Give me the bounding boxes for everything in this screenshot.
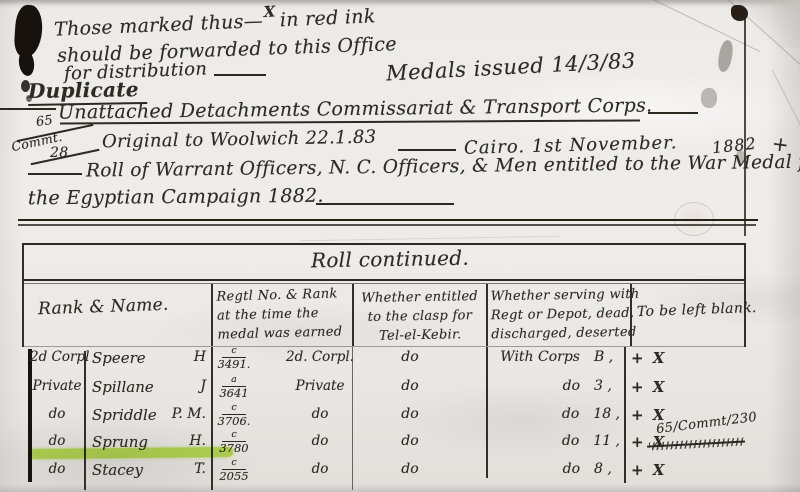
reg-prefix: c [231,430,236,440]
original-to-woolwich-note: Original to Woolwich 22.1.83 [102,127,377,153]
row-check-marks: + X [631,461,666,479]
row-rank: do [30,461,84,477]
margin-ref-denominator: 28 [50,145,68,161]
row-initials: P. M. [148,406,206,422]
row-rank: do [30,406,84,422]
row-clasp-entry: do [378,433,442,449]
row-check-marks: + X [631,378,666,396]
serving-number: 8 , [594,461,620,477]
horizontal-rule [18,219,758,221]
row-clasp-entry: do [378,406,442,422]
medals-issued-note: Medals issued 14/3/83 [386,48,637,85]
serving-number: B , [594,349,620,365]
column-header-clasp: Whether entitled to the clasp for Tel-el… [357,288,484,347]
photocopy-page-edge [744,8,746,236]
pen-dash [648,112,698,114]
paper-edge-shadow-top [0,0,800,6]
reg-prefix: c [231,346,236,356]
column-divider [486,284,488,346]
header-line: Regt or Depot, dead, [491,305,640,326]
pen-dash [0,108,56,110]
row-serving-entry: do 8 , [492,461,620,477]
reg-number: 3641 [219,388,248,400]
serving-label: do [562,406,579,422]
scanned-document-page: Those marked thus—Xin red ink should be … [0,0,800,492]
horizontal-rule [18,224,756,226]
header-line: to the clasp for [357,307,483,328]
table-border [22,279,745,281]
row-rank-at-time: do [281,461,359,477]
table-title: Roll continued. [0,240,780,278]
column-header-serving: Whether serving with Regt or Depot, dead… [491,286,641,345]
header-line: Whether entitled [357,288,483,309]
table-border [22,283,745,284]
reg-number: 3491. [218,359,251,371]
roll-description-line1: Roll of Warrant Officers, N. C. Officers… [86,151,800,181]
reg-number: 2055 [219,471,248,483]
row-initials: H [148,349,206,365]
row-serving-entry: do 18 , [492,406,620,422]
roll-description-line2: the Egyptian Campaign 1882. [28,185,324,210]
column-header-rank-name: Rank & Name. [38,295,169,320]
reg-prefix: c [231,458,236,468]
row-regimental-number: c 2055 [215,458,253,482]
header-line: Whether serving with [491,286,640,307]
row-rank-at-time: do [281,406,359,422]
row-regimental-number: c 3491. [215,346,253,370]
header-line: medal was earned [217,323,342,345]
strike-through-line [647,440,745,447]
serving-number: 18 , [593,406,620,422]
row-name: Stacey [92,461,143,479]
row-name: Spillane [92,378,154,396]
column-divider [352,284,354,346]
x-mark: X [263,2,276,20]
row-rank: do [30,433,84,449]
row-clasp-entry: do [378,461,442,477]
table-row: do Stacey T. c 2055 do do do 8 , + X [0,461,800,487]
row-serving-entry: With Corps B , [492,349,620,365]
toner-speck [716,39,734,73]
reg-prefix: c [231,403,236,413]
pen-dash [316,203,454,205]
header-line: Tel-el-Kebir. [357,326,483,347]
reg-prefix: a [231,375,237,385]
green-highlighter-stroke [29,447,233,459]
row-rank: Private [30,378,84,394]
row-regimental-number: c 3706. [215,403,253,427]
serving-label: With Corps [500,349,580,365]
row-serving-entry: do 3 , [492,378,620,394]
pen-dash [398,149,456,151]
table-row: Private Spillane J a 3641 Private do do … [0,378,800,404]
pen-dash [28,173,82,175]
row-initials: J [148,378,206,394]
row-rank-at-time: Private [281,378,359,394]
margin-ref-numerator: 65 [35,113,54,130]
toner-blob [13,4,44,58]
column-divider [211,284,213,346]
row-serving-entry: do 11 , [492,433,620,449]
serving-label: do [562,433,579,449]
row-name: Speere [92,349,146,367]
pen-dash [214,74,266,76]
serving-label: do [563,461,580,477]
row-rank: 2d Corpl [30,349,84,365]
toner-speck [701,88,717,108]
row-initials: T. [148,461,206,477]
table-row: 2d Corpl Speere H c 3491. 2d. Corpl. do … [0,349,800,375]
column-header-left-blank: To be left blank. [637,300,757,320]
serving-number: 3 , [594,378,620,394]
serving-number: 11 , [593,433,620,449]
note-text: Those marked thus— [54,10,264,41]
row-clasp-entry: do [378,378,442,394]
row-rank-at-time: 2d. Corpl. [281,349,359,365]
paper-crease [300,236,560,242]
photocopy-corner-smudge [731,5,748,21]
note-text: in red ink [279,5,376,31]
row-rank-at-time: do [281,433,359,449]
row-check-marks: + X [631,349,666,367]
reg-number: 3706. [218,416,251,428]
header-line: discharged, deserted [491,323,640,344]
serving-label: do [563,378,580,394]
header-line: Regtl No. & Rank [216,285,341,307]
column-header-regtl-no: Regtl No. & Rank at the time the medal w… [216,285,342,345]
row-regimental-number: a 3641 [215,375,253,399]
row-clasp-entry: do [378,349,442,365]
